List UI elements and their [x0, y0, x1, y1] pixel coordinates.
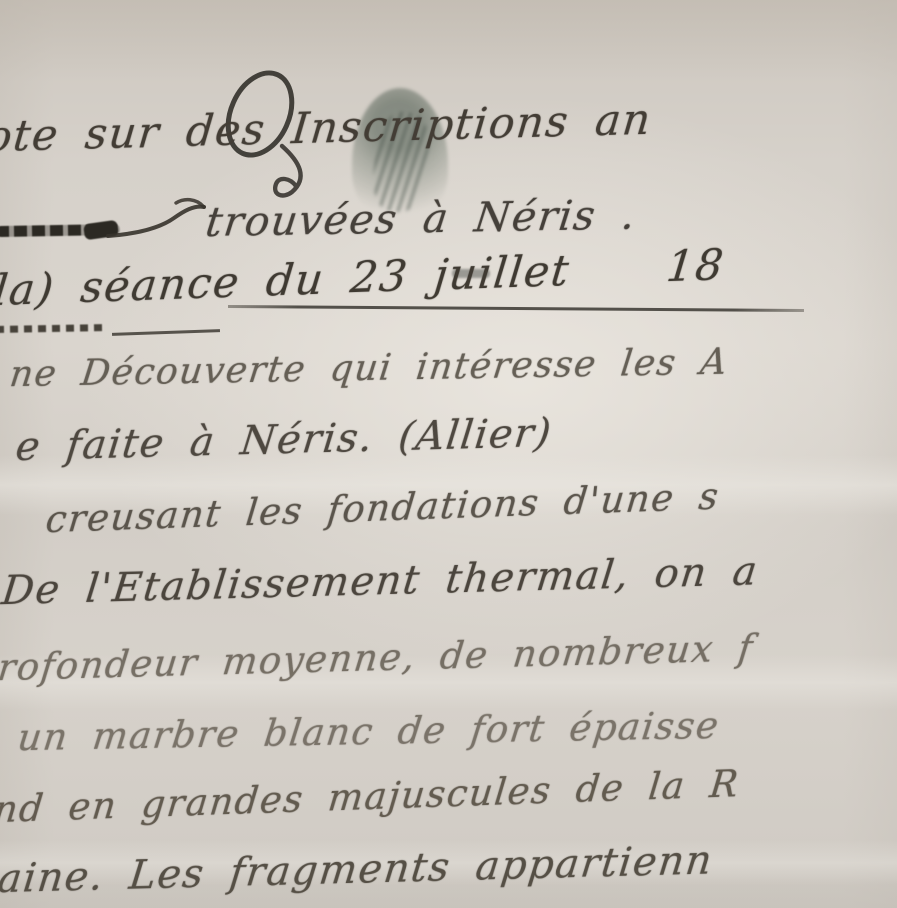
manuscript-line: ote sur des Inscriptions an — [0, 94, 654, 162]
manuscript-line: un marbre blanc de fort épaisse — [15, 704, 722, 759]
margin-scribble — [0, 324, 108, 333]
date-underline — [228, 305, 804, 312]
manuscript-line: aine. Les fragments appartienn — [0, 837, 716, 902]
manuscript-line: De l'Etablissement thermal, on a — [0, 548, 761, 614]
manuscript-line: la) séance du 23 juillet 18 — [0, 240, 727, 316]
manuscript-line: trouvées à Néris . — [203, 190, 639, 246]
manuscript-line: e faite à Néris. (Allier) — [13, 410, 554, 470]
manuscript-line: nd en grandes majuscules de la R — [0, 762, 742, 831]
date-underline-short — [112, 329, 220, 336]
manuscript-page: ote sur des Inscriptions an trouvées à N… — [0, 0, 897, 908]
manuscript-line: ne Découverte qui intéresse les A — [7, 341, 730, 395]
manuscript-line: creusant les fondations d'une s — [44, 474, 722, 541]
insertion-flourish — [106, 190, 210, 248]
manuscript-line: rofondeur moyenne, de nombreux f — [0, 626, 756, 689]
